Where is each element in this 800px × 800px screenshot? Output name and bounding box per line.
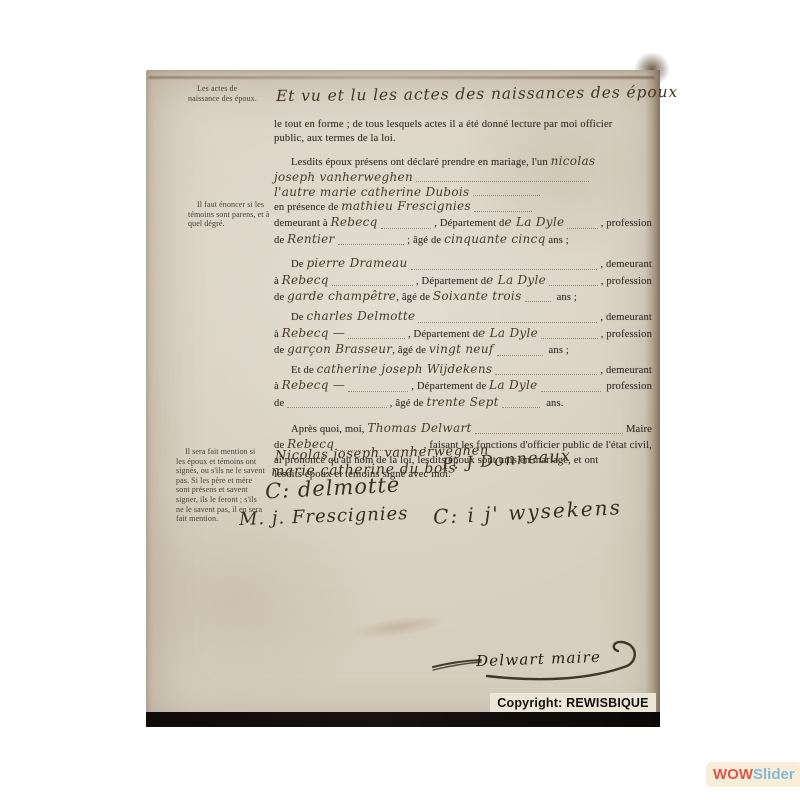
handwritten-text: charles Delmotte bbox=[306, 309, 415, 323]
printed-text: profession bbox=[604, 380, 652, 394]
printed-text: Maire bbox=[626, 423, 652, 437]
handwritten-text: e La Dyle bbox=[504, 215, 564, 229]
blank-rule bbox=[549, 279, 598, 286]
handwritten-text: garde champêtre bbox=[287, 289, 396, 303]
blank-rule bbox=[381, 222, 432, 229]
printed-text: le tout en forme ; de tous lesquels acte… bbox=[274, 118, 612, 132]
blank-rule bbox=[473, 189, 541, 196]
handwritten-text: La Dyle bbox=[489, 378, 537, 392]
form-line: de garçon Brasseur, âgé de vingt neuf an… bbox=[274, 342, 652, 358]
blank-rule bbox=[411, 263, 598, 270]
form-line: de garde champêtre, âgé de Soixante troi… bbox=[274, 289, 652, 305]
form-line: joseph vanherweghen bbox=[274, 170, 652, 184]
printed-text: , âgé de bbox=[390, 397, 427, 411]
page-top-edge bbox=[148, 76, 655, 79]
handwritten-text: Rebecq bbox=[331, 215, 378, 229]
scanned-register-page: Les actes de naissance des époux. Il fau… bbox=[146, 70, 660, 727]
printed-text: à bbox=[274, 328, 282, 342]
handwritten-text: Rentier bbox=[287, 232, 334, 246]
form-line: à Rebecq —, Département de La Dyle profe… bbox=[274, 378, 652, 394]
blank-rule bbox=[497, 349, 543, 356]
handwritten-text: catherine joseph Wijdekens bbox=[317, 362, 493, 376]
handwritten-text: Rebecq — bbox=[282, 378, 346, 392]
blank-rule bbox=[416, 175, 589, 182]
handwritten-text: mathieu Frescignies bbox=[341, 199, 471, 213]
blank-gap bbox=[564, 405, 652, 411]
form-line: demeurant à Rebecq, Département de La Dy… bbox=[274, 215, 652, 231]
blank-gap bbox=[577, 299, 652, 305]
blank-gap bbox=[543, 193, 652, 199]
handwritten-text: Thomas Delwart bbox=[367, 421, 471, 435]
blank-rule bbox=[541, 332, 598, 339]
form-line: Lesdits époux présens ont déclaré prendr… bbox=[274, 154, 652, 170]
handwritten-text: Rebecq — bbox=[282, 326, 346, 340]
scan-bottom-band bbox=[146, 712, 660, 727]
handwritten-text: e La Dyle bbox=[486, 273, 546, 287]
printed-text: , demeurant bbox=[600, 311, 652, 325]
form-line: Et de catherine joseph Wijdekens, demeur… bbox=[274, 362, 652, 378]
blank-rule bbox=[348, 332, 405, 339]
printed-text: en présence de bbox=[274, 201, 341, 215]
printed-text: demeurant à bbox=[274, 217, 331, 231]
blank-gap bbox=[592, 179, 652, 185]
blank-rule bbox=[332, 279, 413, 286]
printed-text: de bbox=[274, 291, 287, 305]
blank-rule bbox=[525, 295, 551, 302]
blank-rule bbox=[495, 368, 597, 375]
blank-gap bbox=[569, 353, 652, 359]
copyright-label: Copyright: REWISBIQUE bbox=[490, 693, 656, 712]
printed-text: ; âgé de bbox=[407, 234, 444, 248]
blank-rule bbox=[567, 222, 597, 229]
handwritten-text: l'autre marie catherine Dubois bbox=[274, 185, 470, 199]
handwritten-text: nicolas bbox=[551, 154, 596, 168]
printed-text: , Département d bbox=[408, 328, 478, 342]
margin-note-witness-relation: Il faut énoncer si les témoins sont pare… bbox=[188, 200, 270, 229]
handwritten-text: Soixante trois bbox=[433, 289, 522, 303]
handwritten-text: joseph vanherweghen bbox=[274, 170, 413, 184]
printed-text: ans ; bbox=[546, 234, 569, 248]
printed-text: de bbox=[274, 397, 284, 411]
printed-text: , demeurant bbox=[600, 258, 652, 272]
form-line: en présence de mathieu Frescignies bbox=[274, 199, 652, 215]
signature-witness-wysekens: C: i j' wysekens bbox=[433, 495, 623, 529]
blank-rule bbox=[502, 401, 541, 408]
printed-text: , âgé de bbox=[392, 344, 429, 358]
printed-text: , profession bbox=[601, 328, 652, 342]
handwritten-heading: Et vu et lu les actes des naissances des… bbox=[276, 83, 678, 105]
printed-text: , Département d bbox=[434, 217, 504, 231]
handwritten-text: pierre Drameau bbox=[306, 256, 407, 270]
printed-text: Lesdits époux présens ont déclaré prendr… bbox=[291, 156, 551, 170]
printed-text: de bbox=[274, 234, 287, 248]
signature-witness-frescignies: M. j. Frescignies bbox=[239, 503, 409, 530]
blank-rule bbox=[541, 385, 601, 392]
handwritten-text: vingt neuf bbox=[429, 342, 494, 356]
wowslider-wow-text: WOW bbox=[713, 766, 753, 783]
blank-rule bbox=[475, 427, 623, 434]
handwritten-text: Rebecq bbox=[282, 273, 329, 287]
handwritten-text: cinquante cincq bbox=[444, 232, 546, 246]
form-line: à Rebecq, Département de La Dyle, profes… bbox=[274, 273, 652, 289]
printed-text: , Département de bbox=[411, 380, 489, 394]
form-line: De pierre Drameau, demeurant bbox=[274, 256, 652, 272]
printed-text: à bbox=[274, 380, 282, 394]
blank-rule bbox=[287, 401, 386, 408]
form-line: de Rentier; âgé de cinquante cincq ans ; bbox=[274, 232, 652, 248]
printed-text: de bbox=[274, 344, 287, 358]
printed-text: public, aux termes de la loi. bbox=[274, 132, 396, 146]
wowslider-watermark[interactable]: WOWSlider bbox=[706, 762, 800, 787]
printed-text: , demeurant bbox=[600, 364, 652, 378]
printed-text: De bbox=[291, 258, 306, 272]
blank-rule bbox=[418, 316, 597, 323]
printed-text: Après quoi, moi, bbox=[291, 423, 367, 437]
printed-text: ans. bbox=[543, 397, 563, 411]
form-line: à Rebecq —, Département de La Dyle, prof… bbox=[274, 326, 652, 342]
printed-text: ans ; bbox=[546, 344, 569, 358]
form-line: public, aux termes de la loi. bbox=[274, 132, 652, 146]
form-line: l'autre marie catherine Dubois bbox=[274, 185, 652, 199]
blank-rule bbox=[474, 205, 532, 212]
printed-text: , Département d bbox=[416, 275, 486, 289]
blank-rule bbox=[348, 385, 408, 392]
printed-text: , profession bbox=[601, 275, 652, 289]
handwritten-text: garçon Brasseur bbox=[287, 342, 392, 356]
handwritten-text: e La Dyle bbox=[478, 326, 538, 340]
form-line: Après quoi, moi, Thomas DelwartMaire bbox=[274, 421, 652, 437]
printed-text: , âgé de bbox=[396, 291, 433, 305]
form-line: de, âgé de trente Sept ans. bbox=[274, 395, 652, 411]
handwritten-text: trente Sept bbox=[426, 395, 498, 409]
wowslider-slider-text: Slider bbox=[753, 766, 795, 783]
printed-text: ans ; bbox=[554, 291, 577, 305]
form-line: le tout en forme ; de tous lesquels acte… bbox=[274, 118, 652, 132]
printed-text: De bbox=[291, 311, 306, 325]
printed-text: à bbox=[274, 275, 282, 289]
blank-gap bbox=[569, 242, 652, 248]
blank-rule bbox=[338, 238, 405, 245]
form-body: le tout en forme ; de tous lesquels acte… bbox=[274, 118, 652, 483]
margin-note-birth-acts: Les actes de naissance des époux. bbox=[188, 84, 268, 103]
printed-text: , profession bbox=[601, 217, 652, 231]
form-line: De charles Delmotte, demeurant bbox=[274, 309, 652, 325]
printed-text: Et de bbox=[291, 364, 317, 378]
